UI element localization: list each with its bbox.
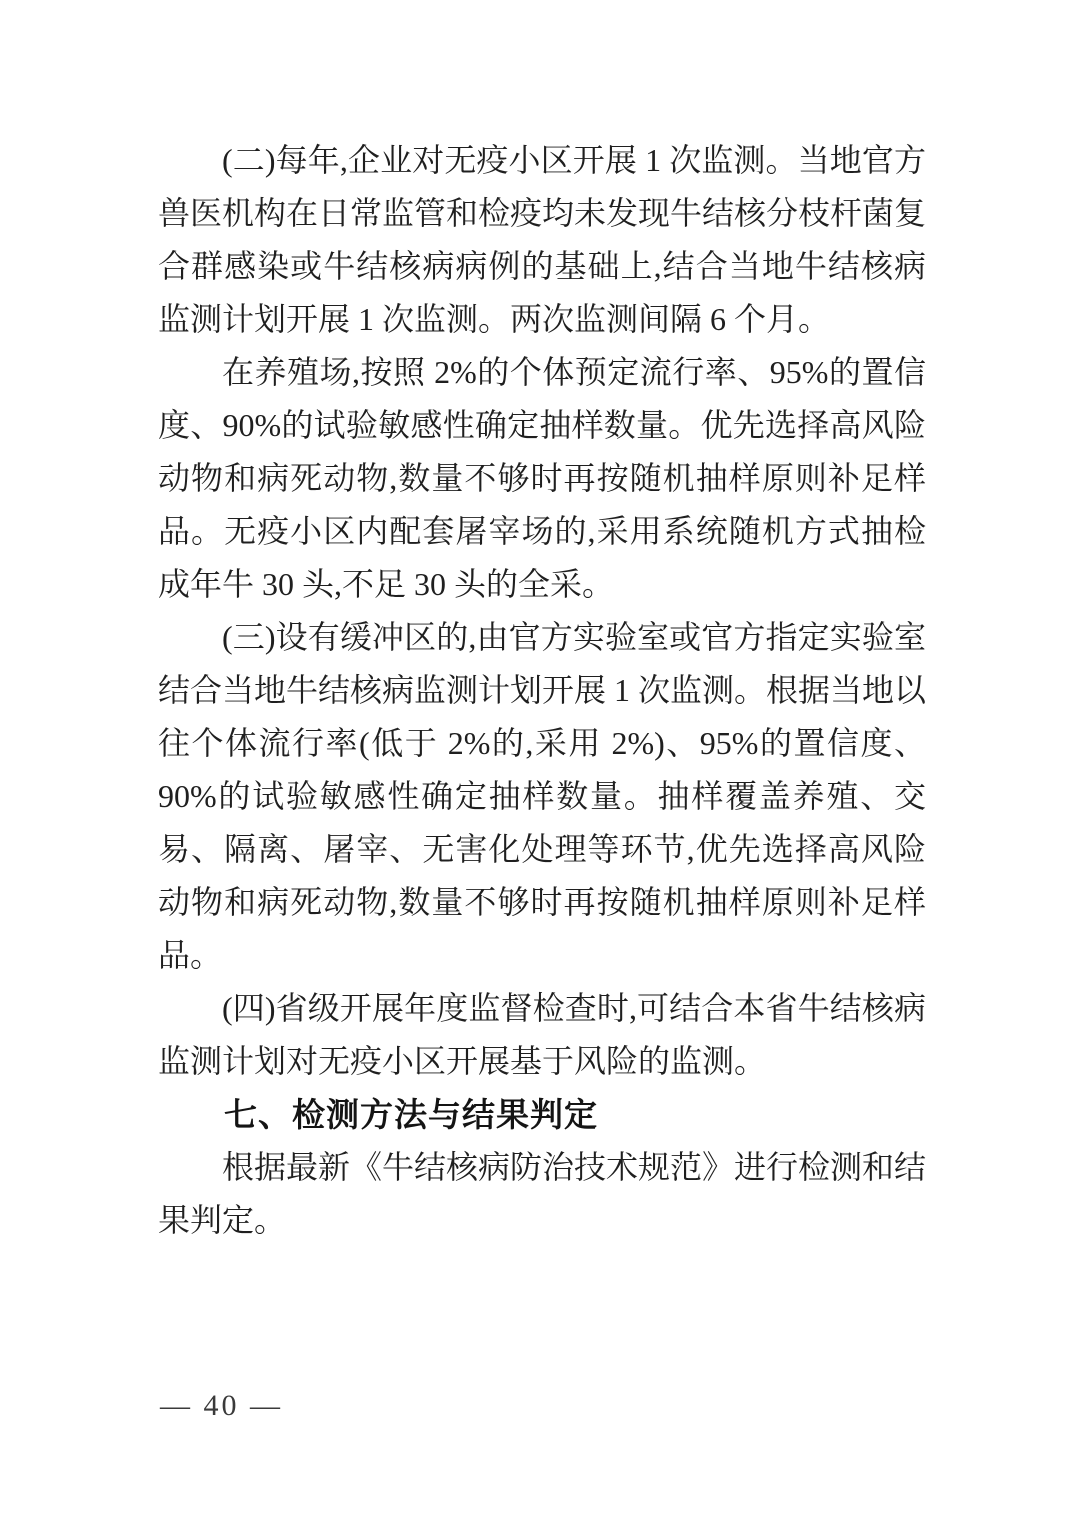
- paragraph-item-4: (四)省级开展年度监督检查时,可结合本省牛结核病监测计划对无疫小区开展基于风险的…: [158, 982, 926, 1088]
- paragraph-sampling-farm: 在养殖场,按照 2%的个体预定流行率、95%的置信度、90%的试验敏感性确定抽样…: [158, 346, 926, 611]
- paragraph-item-3: (三)设有缓冲区的,由官方实验室或官方指定实验室结合当地牛结核病监测计划开展 1…: [158, 611, 926, 982]
- paragraph-item-2: (二)每年,企业对无疫小区开展 1 次监测。当地官方兽医机构在日常监管和检疫均未…: [158, 134, 926, 346]
- document-page: (二)每年,企业对无疫小区开展 1 次监测。当地官方兽医机构在日常监管和检疫均未…: [0, 0, 1080, 1527]
- section-heading-detection-methods: 七、检测方法与结果判定: [158, 1088, 926, 1141]
- paragraph-detection-standard: 根据最新《牛结核病防治技术规范》进行检测和结果判定。: [158, 1141, 926, 1247]
- page-number: — 40 —: [160, 1388, 283, 1424]
- document-body: (二)每年,企业对无疫小区开展 1 次监测。当地官方兽医机构在日常监管和检疫均未…: [158, 134, 926, 1247]
